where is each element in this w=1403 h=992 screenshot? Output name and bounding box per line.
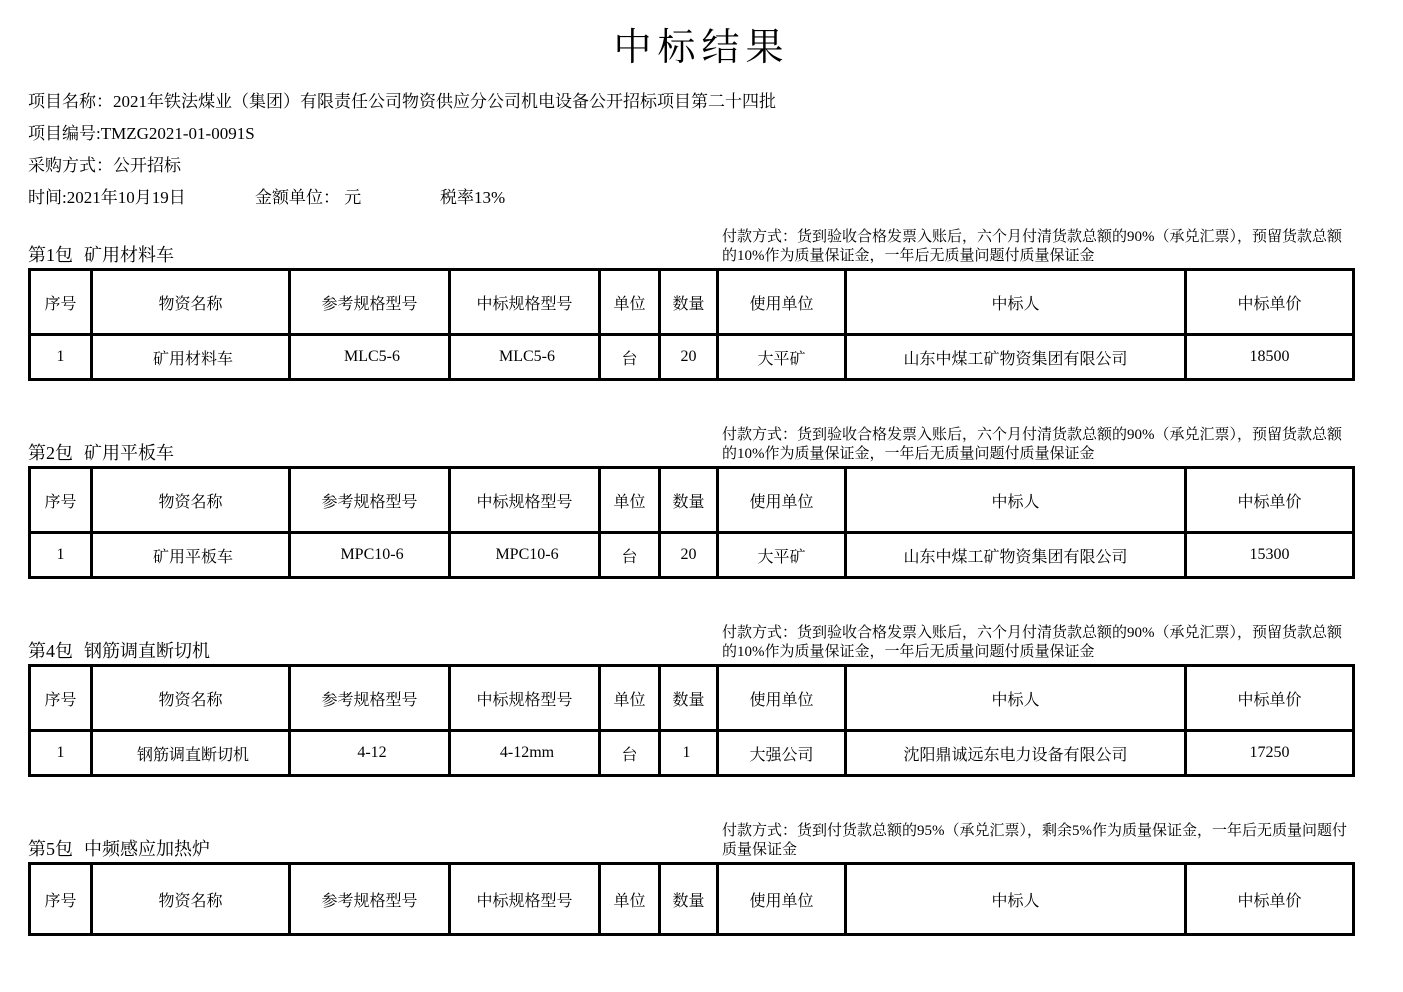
cell-user-unit: 大强公司: [718, 731, 846, 776]
col-header-material-name: 物资名称: [92, 270, 290, 335]
package-name: 矿用平板车: [84, 443, 174, 463]
page-title: 中标结果: [0, 26, 1403, 70]
cell-user-unit: 大平矿: [718, 335, 846, 380]
table-row: 1 矿用材料车 MLC5-6 MLC5-6 台 20 大平矿 山东中煤工矿物资集…: [30, 335, 1354, 380]
cell-material-name: 矿用平板车: [92, 533, 290, 578]
payment-note: 付款方式：货到验收合格发票入账后，六个月付清货款总额的90%（承兑汇票），预留货…: [722, 624, 1352, 662]
col-header-seq: 序号: [30, 666, 92, 731]
cell-bid-spec: MLC5-6: [450, 335, 600, 380]
cell-unit: 台: [600, 533, 660, 578]
cell-bid-spec: 4-12mm: [450, 731, 600, 776]
section-head: 第4包钢筋调直断切机 付款方式：货到验收合格发票入账后，六个月付清货款总额的90…: [28, 624, 1352, 664]
col-header-bid-spec: 中标规格型号: [450, 468, 600, 533]
col-header-ref-spec: 参考规格型号: [290, 666, 450, 731]
table-row: 1 钢筋调直断切机 4-12 4-12mm 台 1 大强公司 沈阳鼎诚远东电力设…: [30, 731, 1354, 776]
section-head: 第2包矿用平板车 付款方式：货到验收合格发票入账后，六个月付清货款总额的90%（…: [28, 426, 1352, 466]
cell-seq: 1: [30, 335, 92, 380]
col-header-bid-price: 中标单价: [1186, 270, 1354, 335]
tax-rate-value: 税率13%: [440, 182, 505, 214]
col-header-unit: 单位: [600, 270, 660, 335]
col-header-unit: 单位: [600, 468, 660, 533]
table-row: 1 矿用平板车 MPC10-6 MPC10-6 台 20 大平矿 山东中煤工矿物…: [30, 533, 1354, 578]
package-title: 第5包中频感应加热炉: [28, 835, 210, 862]
payment-note: 付款方式：货到付货款总额的95%（承兑汇票），剩余5%作为质量保证金，一年后无质…: [722, 822, 1352, 860]
cell-bid-price: 17250: [1186, 731, 1354, 776]
package-title: 第4包钢筋调直断切机: [28, 637, 210, 664]
col-header-user-unit: 使用单位: [718, 666, 846, 731]
cell-qty: 1: [660, 731, 718, 776]
col-header-bid-spec: 中标规格型号: [450, 864, 600, 935]
cell-seq: 1: [30, 731, 92, 776]
cell-bidder: 山东中煤工矿物资集团有限公司: [846, 335, 1186, 380]
cell-material-name: 钢筋调直断切机: [92, 731, 290, 776]
date-unit-tax-line: 时间:2021年10月19日 金额单位： 元 税率13%: [28, 182, 1403, 214]
cell-bid-spec: MPC10-6: [450, 533, 600, 578]
col-header-material-name: 物资名称: [92, 666, 290, 731]
col-header-qty: 数量: [660, 468, 718, 533]
col-header-bid-price: 中标单价: [1186, 468, 1354, 533]
col-header-unit: 单位: [600, 864, 660, 935]
col-header-material-name: 物资名称: [92, 864, 290, 935]
package-no: 第1包: [28, 245, 73, 265]
date-value: 时间:2021年10月19日: [28, 182, 186, 214]
table-header-row: 序号 物资名称 参考规格型号 中标规格型号 单位 数量 使用单位 中标人 中标单…: [30, 468, 1354, 533]
table-header-row: 序号 物资名称 参考规格型号 中标规格型号 单位 数量 使用单位 中标人 中标单…: [30, 666, 1354, 731]
package-no: 第4包: [28, 641, 73, 661]
cell-ref-spec: MLC5-6: [290, 335, 450, 380]
package-section-5: 第5包中频感应加热炉 付款方式：货到付货款总额的95%（承兑汇票），剩余5%作为…: [28, 822, 1352, 936]
bid-table: 序号 物资名称 参考规格型号 中标规格型号 单位 数量 使用单位 中标人 中标单…: [28, 862, 1355, 936]
col-header-unit: 单位: [600, 666, 660, 731]
cell-seq: 1: [30, 533, 92, 578]
cell-bid-price: 15300: [1186, 533, 1354, 578]
package-section-1: 第1包矿用材料车 付款方式：货到验收合格发票入账后，六个月付清货款总额的90%（…: [28, 228, 1352, 381]
package-title: 第2包矿用平板车: [28, 439, 174, 466]
col-header-bid-spec: 中标规格型号: [450, 666, 600, 731]
package-no: 第2包: [28, 443, 73, 463]
section-head: 第5包中频感应加热炉 付款方式：货到付货款总额的95%（承兑汇票），剩余5%作为…: [28, 822, 1352, 862]
cell-qty: 20: [660, 533, 718, 578]
amount-unit-value: 金额单位： 元: [255, 182, 361, 214]
col-header-ref-spec: 参考规格型号: [290, 864, 450, 935]
cell-user-unit: 大平矿: [718, 533, 846, 578]
col-header-bid-spec: 中标规格型号: [450, 270, 600, 335]
col-header-seq: 序号: [30, 864, 92, 935]
bid-table: 序号 物资名称 参考规格型号 中标规格型号 单位 数量 使用单位 中标人 中标单…: [28, 466, 1355, 579]
col-header-qty: 数量: [660, 666, 718, 731]
document-page: 中标结果 项目名称：2021年铁法煤业（集团）有限责任公司物资供应分公司机电设备…: [0, 0, 1403, 992]
cell-qty: 20: [660, 335, 718, 380]
project-name-line: 项目名称：2021年铁法煤业（集团）有限责任公司物资供应分公司机电设备公开招标项…: [28, 86, 1403, 118]
meta-block: 项目名称：2021年铁法煤业（集团）有限责任公司物资供应分公司机电设备公开招标项…: [28, 86, 1403, 214]
package-title: 第1包矿用材料车: [28, 241, 174, 268]
package-section-2: 第2包矿用平板车 付款方式：货到验收合格发票入账后，六个月付清货款总额的90%（…: [28, 426, 1352, 579]
payment-note: 付款方式：货到验收合格发票入账后，六个月付清货款总额的90%（承兑汇票），预留货…: [722, 426, 1352, 464]
col-header-bid-price: 中标单价: [1186, 864, 1354, 935]
col-header-user-unit: 使用单位: [718, 270, 846, 335]
cell-unit: 台: [600, 335, 660, 380]
project-code-line: 项目编号:TMZG2021-01-0091S: [28, 118, 1403, 150]
package-name: 钢筋调直断切机: [84, 641, 210, 661]
bid-table: 序号 物资名称 参考规格型号 中标规格型号 单位 数量 使用单位 中标人 中标单…: [28, 664, 1355, 777]
cell-ref-spec: 4-12: [290, 731, 450, 776]
cell-ref-spec: MPC10-6: [290, 533, 450, 578]
section-head: 第1包矿用材料车 付款方式：货到验收合格发票入账后，六个月付清货款总额的90%（…: [28, 228, 1352, 268]
col-header-bidder: 中标人: [846, 864, 1186, 935]
col-header-seq: 序号: [30, 468, 92, 533]
cell-material-name: 矿用材料车: [92, 335, 290, 380]
col-header-material-name: 物资名称: [92, 468, 290, 533]
col-header-ref-spec: 参考规格型号: [290, 468, 450, 533]
package-no: 第5包: [28, 839, 73, 859]
package-section-4: 第4包钢筋调直断切机 付款方式：货到验收合格发票入账后，六个月付清货款总额的90…: [28, 624, 1352, 777]
col-header-bidder: 中标人: [846, 468, 1186, 533]
table-header-row: 序号 物资名称 参考规格型号 中标规格型号 单位 数量 使用单位 中标人 中标单…: [30, 864, 1354, 935]
procurement-method-line: 采购方式：公开招标: [28, 150, 1403, 182]
cell-bidder: 山东中煤工矿物资集团有限公司: [846, 533, 1186, 578]
cell-bidder: 沈阳鼎诚远东电力设备有限公司: [846, 731, 1186, 776]
cell-unit: 台: [600, 731, 660, 776]
payment-note: 付款方式：货到验收合格发票入账后，六个月付清货款总额的90%（承兑汇票），预留货…: [722, 228, 1352, 266]
cell-bid-price: 18500: [1186, 335, 1354, 380]
table-header-row: 序号 物资名称 参考规格型号 中标规格型号 单位 数量 使用单位 中标人 中标单…: [30, 270, 1354, 335]
package-name: 矿用材料车: [84, 245, 174, 265]
col-header-user-unit: 使用单位: [718, 864, 846, 935]
col-header-qty: 数量: [660, 270, 718, 335]
col-header-bidder: 中标人: [846, 270, 1186, 335]
col-header-seq: 序号: [30, 270, 92, 335]
col-header-qty: 数量: [660, 864, 718, 935]
col-header-ref-spec: 参考规格型号: [290, 270, 450, 335]
package-name: 中频感应加热炉: [84, 839, 210, 859]
col-header-bidder: 中标人: [846, 666, 1186, 731]
col-header-bid-price: 中标单价: [1186, 666, 1354, 731]
col-header-user-unit: 使用单位: [718, 468, 846, 533]
bid-table: 序号 物资名称 参考规格型号 中标规格型号 单位 数量 使用单位 中标人 中标单…: [28, 268, 1355, 381]
